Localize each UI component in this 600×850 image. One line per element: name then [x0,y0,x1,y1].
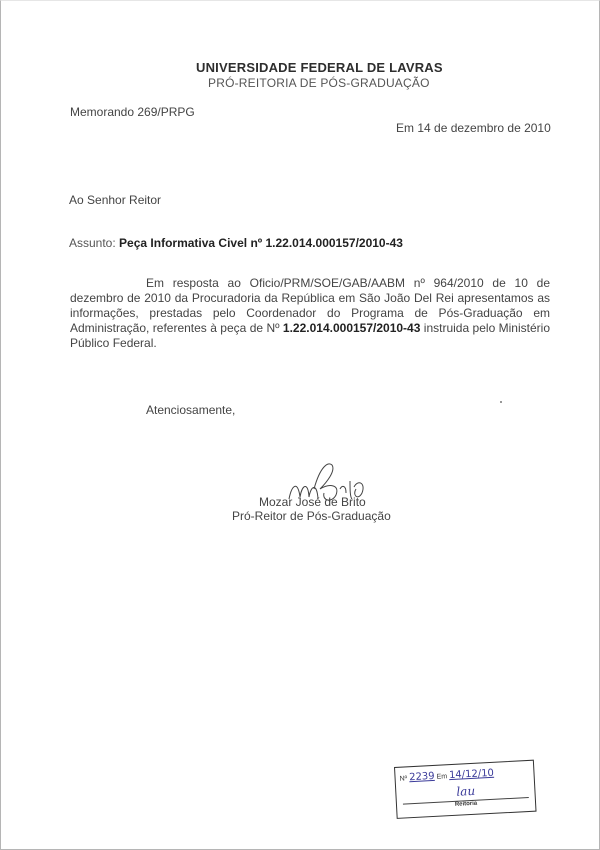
closing: Atenciosamente, [146,403,235,417]
stamp-header: Nº2239 Em14/12/10 [399,768,494,784]
stamp-number-label: Nº [399,775,407,782]
protocol-stamp: Nº2239 Em14/12/10 lau Reitoria [394,760,537,819]
stamp-number: 2239 [409,771,435,783]
stamp-initials: lau [456,784,475,799]
signer-title: Pró-Reitor de Pós-Graduação [232,509,391,523]
signer-name: Mozar José de Brito [259,495,366,509]
subject-value: Peça Informativa Civel nº 1.22.014.00015… [119,236,403,250]
subject-line: Assunto: Peça Informativa Civel nº 1.22.… [69,236,403,250]
stamp-date: 14/12/10 [449,768,494,781]
subject-label: Assunto: [69,236,116,250]
body-paragraph: Em resposta ao Oficio/PRM/SOE/GAB/AABM n… [70,276,550,351]
stamp-date-label: Em [436,773,447,781]
document-page: UNIVERSIDADE FEDERAL DE LAVRAS PRÓ-REITO… [0,0,600,850]
memo-number: Memorando 269/PRPG [70,105,195,119]
body-reference: 1.22.014.000157/2010-43 [283,321,420,335]
memo-date: Em 14 de dezembro de 2010 [396,121,551,135]
scan-speck [500,401,502,403]
department-name: PRÓ-REITORIA DE PÓS-GRADUAÇÃO [208,76,430,90]
recipient: Ao Senhor Reitor [69,193,161,207]
institution-name: UNIVERSIDADE FEDERAL DE LAVRAS [196,60,443,75]
